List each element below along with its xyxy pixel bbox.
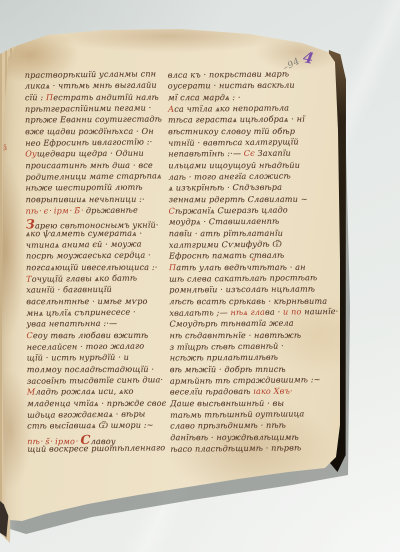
text-line: нѣже шестиротїй лютѣ [25,182,167,194]
text-line: таѣмь тѣѣшнѣй оутѣшица [170,408,312,421]
ink-text: вѣ мѣжїй · добрѣ тписѣ [170,363,286,373]
text-line: Смоудѣрѣ тѣнватїа жела [169,318,311,330]
ink-text: вѣстникоу словоу тїй обѣр [168,125,295,135]
text-line: чтинаѧ анима єй · моужа [26,238,168,251]
ink-text: засовїнѣ тысдвтїе синѣ дша· [27,374,163,386]
text-line: Аса чтїла ѧко непоратѣла [168,102,310,115]
text-line: моудрѧ · Ставшилаенпѣ [169,216,311,228]
margin-mark-red-right: в [252,257,255,263]
ink-text: данїѣвѣ · ноуждѣвлѣщимѣ [170,431,299,441]
ink-text: прѣже Еванни соутигестадѣ [25,114,162,125]
ink-text: са чтїла ѧко непоратѣла [174,102,289,113]
ink-text: нео Ефросинѣ ивлагостїю :· [25,136,152,147]
text-line: уваа непатѣнна :·— [26,318,168,330]
ink-text: таѣмь тѣѣшнѣй оутѣшица [170,408,304,420]
text-line: Сѣржанїѧ Сшеразѣ цладо [169,204,311,217]
text-line: чтнїй · вавтѣса халтгрущїй [168,136,310,149]
ink-text: ѣржанїѧ Сшеразѣ цладо [175,204,288,215]
text-line: славо прѣзѣднимѣ · пѣѣ [170,420,312,432]
text-line: васелѣнтнѣе · имѣе мѵро [26,295,168,307]
text-line: родителници мате старѣпаѧ [25,170,167,183]
ink-text: непавѣтїнѣ :·— [168,148,244,159]
ink-text: шдьца вгождаємаѧ · вѣры [27,408,145,419]
text-line: павїи · атѣ рїтѣлатанїи [169,227,311,239]
text-line: ромнлѣвїи · изъсолаѣ нцѣлатѣ [169,284,311,296]
ink-text: халтгрими Сѵмифудѣ Ѿ [169,238,282,249]
text-line: нѣ сѣдавнтѣнїе · навтѣжѣ [169,329,311,341]
text-line: неселайсен · того жалаго [27,340,169,353]
ink-text: нашнїе· [301,306,338,316]
text-line: хвалаѣть ;— нѣѧ глава · и по нашнїе· [169,306,311,319]
ink-text: Смоудѣрѣ тѣнватїа жела [169,318,293,329]
ink-text: лѣсѣ всатѣ срѣкавь · кѣрнѣвита [169,295,327,305]
text-line: прѣтгераспїйними пегами · [25,102,167,115]
text-line: Младѣ рожлаѧ иси, ѧко [27,386,169,398]
text-line: стѣ высїавшаѧ Ѿ шмори :~ [27,420,169,432]
ink-text: хаинїй · багавницїй [26,284,112,295]
ink-text: нѣ сѣдавнтѣнїе · навтѣжѣ [169,329,301,339]
ink-text: дрьжавнѣе [86,204,138,215]
ink-text: ѧко ѱалметь сумератаѧ · [26,227,142,237]
text-line: ѧко ѱалметь сумератаѧ · [26,227,168,239]
text-line: толмоу посладѣстадющїй · [27,363,169,375]
text-line: Точущїй главы ѧко батѣ [26,272,168,285]
photo-background: прастворѣкшїй усланмы спнликаѧ · чтѣмь м… [0,0,400,552]
ink-text: тѣса герастаѧ ицѣлобраѧ · нї [168,114,305,125]
text-line: тѣса герастаѧ ицѣлобраѧ · нї [168,114,310,126]
text-line: прѣже Еванни соутигестадѣ [25,114,167,126]
text-line: прастворѣкшїй усланмы спн [25,68,167,81]
ink-text: вже щадви рождїнѣхса · Он [25,125,154,135]
ink-text: очущїй главы ѧко батѣ [32,272,138,283]
ink-text: чтинаѧ анима єй · моужа [26,238,142,249]
text-line: оусерати · нистаѣ васкѣли [168,80,310,92]
text-line: мнѧ цѣлїѧ съпринесесе · [26,306,168,319]
ink-text: павїи · атѣ рїтѣлатанїи [169,227,283,237]
ink-text: прѣтгераспїйними пегами · [25,102,152,113]
text-line: сїй : Пестрать андитїй налѣ [25,91,167,103]
text-line: происаатинѣ мнѣ дша · все [25,159,167,171]
ink-text: лаѣ · того анегїа сложисѣ [168,170,290,181]
ink-text: щедвари щедра · Одини [37,148,144,159]
rubric-text: Сє [244,148,258,158]
ink-text: веселїи ѣрадоваѣ [170,386,253,397]
text-line: Ефроснѣ памать ствалѣ [169,250,311,262]
text-line: погсаѧющїй ивеселѣющиса :· [26,261,168,273]
ink-text: мнѧ цѣлїѧ съпринесесе · [26,306,135,317]
text-line: Зарею свѣтоноснымъ укнїй· [26,216,168,228]
ink-text: происаатинѣ мнѣ дша · все [25,159,153,169]
ink-text: стѣ высїавшаѧ Ѿ шмори :~ [27,420,154,431]
rubric-text: Оу [25,149,37,159]
text-line: зеннами рдертѣ Славилати ~ [169,193,311,205]
ink-text: з тїщрѣ сѣвѣ ставнѣй · [170,340,284,351]
text-line: пѣ‧ s̃‧ ірмо‧ Славоу [27,431,169,443]
text-line: вѣ мѣжїй · добрѣ тписѣ [170,363,312,375]
ink-text: нсѣжѣ прилаѣтилѣвѣ [170,352,278,363]
ink-text: прастворѣкшїй усланмы спн [25,68,157,79]
ink-text: оусерати · нистаѣ васкѣли [168,80,295,91]
ink-text: толмоу посладѣстадющїй · [27,363,154,373]
text-line: щїй · истѣ нурѣдїй · и [27,352,169,364]
ink-text: щїй · истѣ нурѣдїй · и [27,352,129,363]
rubric-text: нѣѧ гла [230,307,265,317]
ink-text: уваа непатѣнна :·— [26,318,117,329]
text-line: посрѣ моужаеська сердца · [26,250,168,262]
ink-text: славо прѣзѣднимѣ · пѣѣ [170,420,286,431]
ink-text: ладѣ рожлаѧ иси, ѧко [35,386,133,397]
purple-ink-folio-number: 4 [302,48,315,68]
text-line: халтгрими Сѵмифудѣ Ѿ [169,238,311,251]
ink-text: родителници мате старѣпаѧ [25,170,161,182]
ink-text: армѣйнѣ тѣ страждившимѣ :~ [170,374,321,386]
rubric-text: и по [283,306,302,316]
text-line: хаинїй · багавницїй [26,284,168,296]
text-line: младенца чтїаѧ · прѣжде своє [27,397,169,409]
ink-text: младенца чтїаѧ · прѣжде своє [27,397,166,407]
text-line: засовїнѣ тысдвтїе синѣ дша· [27,374,169,387]
text-line: шѣ слева сакатѣлаѣ простѣаѣ [169,272,311,285]
rubric-text: пѣ‧ є‧ ірм‧ Б̃‧ [26,205,86,216]
ink-text: ѧ изъкрїнѣѣ · Спдъзвѣра [168,182,282,193]
text-line: з тїщрѣ сѣвѣ ставнѣй · [170,340,312,353]
text-line: ликаѧ · чтѣмь мнѣ выгалайи [25,80,167,92]
ink-text: ильцами ищоущоуй нѣадѣйи [168,159,300,169]
ink-text: влса къ · покрьстави марѣ [168,68,289,79]
ink-text: мї слса мардѧ : · [168,92,241,102]
ink-text: посрѣ моужаеська сердца · [26,250,151,261]
text-line: щий воскресе ршотѣпленнаго [27,442,169,455]
text-line: шдьца вгождаємаѧ · вѣры [27,408,169,421]
text-column-right: влса къ · покрьстави марѣоусерати · нист… [168,69,313,455]
text-line: лаѣ · того анегїа сложисѣ [168,170,310,183]
text-line: ильцами ищоущоуй нѣадѣйи [168,159,310,171]
text-line: нео Ефросинѣ ивлагостїю :· [25,136,167,149]
ink-text: хвалаѣть ;— [169,307,230,318]
ink-text: погсаѧющїй ивеселѣющиса :· [26,261,157,271]
ink-text: неселайсен · того жалаго [27,340,145,351]
text-line: поврыпившиѧ нечьпници :· [26,193,168,205]
text-line: ѧ изъкрїнѣѣ · Спдъзвѣра [168,182,310,194]
ink-text: нѣже шестиротїй лютѣ [25,182,142,193]
rubric-text: ıако Хвъ· [253,386,293,396]
text-line: вѣстникоу словоу тїй обѣр [168,125,310,137]
text-line: Даше высѣвнѣшнѣй · вы [170,397,312,409]
text-line: пѣ‧ є‧ ірм‧ Б̃‧ дрьжавнѣе [26,204,168,217]
ink-text: ѣасо пласѣдѣщимѣ · пѣрвѣ [170,442,301,453]
text-line: ѣасо пласѣдѣщимѣ · пѣрвѣ [170,442,312,455]
ink-text: васелѣнтнѣе · имѣе мѵро [26,295,147,305]
ink-text: ромнлѣвїи · изъсолаѣ нцѣлатѣ [169,284,315,295]
text-line: Оущедвари щедра · Одини [25,148,167,160]
ink-text: щий воскресе ршотѣпленнаго [27,442,165,454]
ink-text: еоу тваѣ любави вжитѣ [33,329,149,339]
ink-text: Даше высѣвнѣшнѣй · вы [170,397,284,407]
text-line: вже щадви рождїнѣхса · Он [25,125,167,137]
ink-text: чтнїй · вавтѣса халтгрущїй [168,136,299,147]
ink-text: зеннами рдертѣ Славилати ~ [169,193,308,203]
ink-text: естрать андитїй налѣ [53,91,159,101]
text-line: Патѣ улаѣ ведѣчтѣтаѣ · ан [169,261,311,273]
ink-text: моудрѧ · Ставшилаенпѣ [169,216,280,227]
ink-text: ва · [265,306,283,316]
text-line: мї слса мардѧ : · [168,91,310,103]
text-line: непавѣтїнѣ :·— Сє Захапїи [168,148,310,160]
text-line: веселїи ѣрадоваѣ ıако Хвъ· [170,386,312,398]
ink-text: Ефроснѣ памать ствалѣ [169,250,284,261]
text-column-left: прастворѣкшїй усланмы спнликаѧ · чтѣмь м… [25,69,170,455]
margin-mark-red-left: з̃ [2,144,7,153]
ink-text: поврыпившиѧ нечьпници :· [26,193,145,203]
text-line: лѣсѣ всатѣ срѣкавь · кѣрнѣвита [169,295,311,307]
ink-text: шѣ слева сакатѣлаѣ простѣаѣ [169,272,317,284]
text-line: Сеоу тваѣ любави вжитѣ [26,329,168,341]
text-line: данїѣвѣ · ноуждѣвлѣщимѣ [170,431,312,443]
ink-text: ликаѧ · чтѣмь мнѣ выгалайи [25,80,157,91]
ink-text: атѣ улаѣ ведѣчтѣтаѣ · ан [176,261,305,271]
ink-text: Захапїи [258,148,291,158]
text-line: армѣйнѣ тѣ страждившимѣ :~ [170,374,312,387]
ink-text: сїй : [25,92,46,102]
text-line: нсѣжѣ прилаѣтилѣвѣ [170,352,312,364]
